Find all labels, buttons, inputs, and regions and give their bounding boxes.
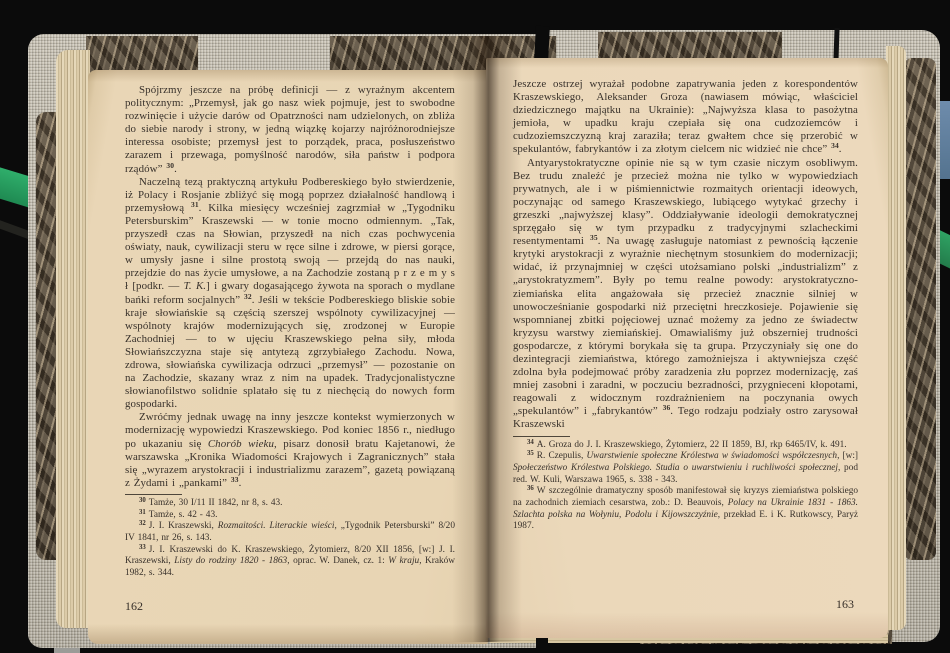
marbled-cover-right-strip: [904, 58, 936, 560]
footnote-ref-30: 30: [166, 161, 174, 170]
text-run: J. I. Kraszewski,: [149, 521, 218, 531]
right-page: Jeszcze ostrzej wyrażał podobne zapatryw…: [486, 58, 888, 638]
footnote-mark: 34: [527, 439, 534, 446]
italic-run: T. K.: [184, 280, 207, 292]
footnote-mark: 35: [527, 450, 534, 457]
italic-run: W kraju: [388, 556, 419, 566]
page-number-left: 162: [125, 599, 143, 614]
book-scan-photo: Spójrzmy jeszcze na próbę definicji — z …: [0, 0, 950, 653]
footnote-ref-35: 35: [590, 233, 598, 242]
footnote: 31Tamże, s. 42 - 43.: [125, 510, 455, 522]
spine-gap-top: [534, 26, 550, 63]
footnote-mark: 31: [139, 509, 146, 516]
marbled-cover-top-patch-1: [86, 36, 198, 74]
footnote-separator: [513, 436, 570, 437]
text-run: Tamże, 30 I/11 II 1842, nr 8, s. 43.: [149, 498, 283, 508]
italic-run: Chorób wieku: [208, 438, 274, 450]
text-run: . Jeśli w tekście Podbereskiego bliskie …: [125, 294, 455, 411]
footnote: 33J. I. Kraszewski do K. Kraszewskiego, …: [125, 545, 455, 580]
paragraph: Antyarystokratyczne opinie nie są w tym …: [513, 157, 858, 432]
italic-run: Społeczeństwo Królestwa Polskiego. Studi…: [513, 463, 838, 473]
footnote-mark: 36: [527, 485, 534, 492]
footnote-ref-33: 33: [231, 475, 239, 484]
footnote-ref-32: 32: [244, 292, 252, 301]
text-run: Jeszcze ostrzej wyrażał podobne zapatryw…: [513, 78, 858, 155]
paragraph: Naczelną tezą praktyczną artykułu Podber…: [125, 176, 455, 412]
text-run: . Na uwagę zasługuje natomiast z pewnośc…: [513, 235, 858, 417]
italic-run: Listy do rodziny 1820 - 1863: [174, 556, 287, 566]
footnote: 32J. I. Kraszewski, Rozmaitości. Literac…: [125, 521, 455, 544]
text-run: , [w:]: [837, 451, 858, 461]
text-run: . Kilka miesięcy wcześniej zagrzmiał w „…: [125, 202, 455, 293]
text-run: A. Groza do J. I. Kraszewskiego, Żytomie…: [537, 440, 847, 450]
text-run: , oprac. W. Danek, cz. 1:: [287, 556, 388, 566]
footnote-ref-31: 31: [191, 200, 199, 209]
text-run: R. Czepulis,: [537, 451, 587, 461]
text-run: Tamże, s. 42 - 43.: [149, 510, 218, 520]
text-run: .: [174, 163, 177, 175]
left-page: Spójrzmy jeszcze na próbę definicji — z …: [88, 70, 488, 644]
paragraph: Spójrzmy jeszcze na próbę definicji — z …: [125, 84, 455, 176]
text-run: .: [239, 477, 242, 489]
page-number-right: 163: [836, 597, 854, 612]
text-run: Antyarystokratyczne opinie nie są w tym …: [513, 157, 858, 248]
paragraph: Zwróćmy jednak uwagę na inny jeszcze kon…: [125, 411, 455, 490]
footnote-mark: 33: [139, 544, 146, 551]
footnote-separator: [125, 494, 182, 495]
italic-run: Rozmaitości. Literackie wieści: [218, 521, 335, 531]
right-page-text: Jeszcze ostrzej wyrażał podobne zapatryw…: [513, 78, 858, 533]
footnote-ref-34: 34: [831, 141, 839, 150]
footnote: 35R. Czepulis, Uwarstwienie społeczne Kr…: [513, 451, 858, 486]
page-edges-right: [886, 46, 906, 630]
text-run: .: [839, 143, 842, 155]
footnote: 34A. Groza do J. I. Kraszewskiego, Żytom…: [513, 440, 858, 452]
footnote-mark: 30: [139, 497, 146, 504]
italic-run: Uwarstwienie społeczne Królestwa w świad…: [586, 451, 837, 461]
paragraph: Jeszcze ostrzej wyrażał podobne zapatryw…: [513, 78, 858, 157]
left-page-text: Spójrzmy jeszcze na próbę definicji — z …: [125, 84, 455, 580]
page-edges-left: [56, 50, 90, 628]
footnote: 30Tamże, 30 I/11 II 1842, nr 8, s. 43.: [125, 498, 455, 510]
footnote: 36W szczególnie dramatyczny sposób manif…: [513, 486, 858, 533]
footnote-mark: 32: [139, 520, 146, 527]
text-run: Spójrzmy jeszcze na próbę definicji — z …: [125, 84, 455, 175]
